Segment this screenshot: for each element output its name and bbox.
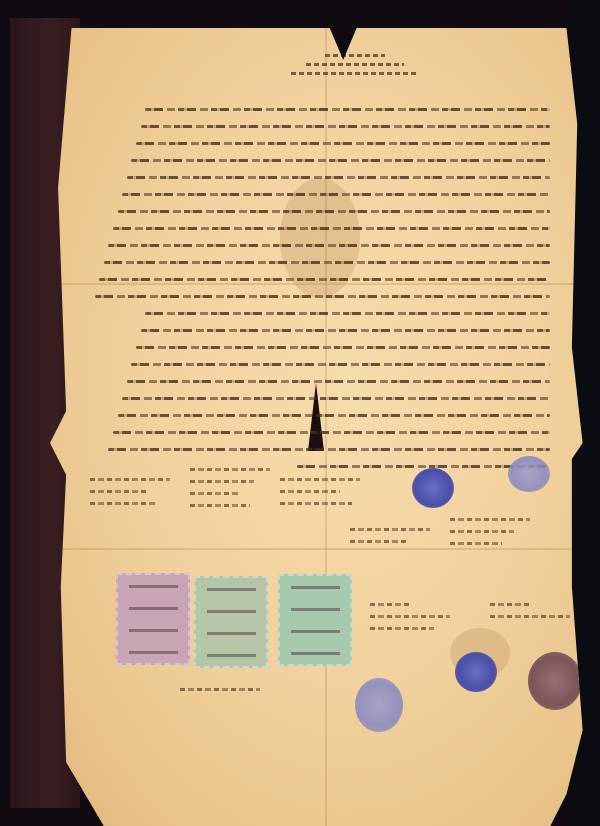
revenue-stamp-green [194,576,268,668]
ink-seal-pale-blue [355,678,403,732]
ink-seal-blue [455,652,497,692]
ink-seal-pale-blue [508,456,550,492]
ink-seal-blue [412,468,454,508]
signature-block [490,603,570,627]
handwritten-line [127,380,550,383]
handwritten-line [127,176,550,179]
handwritten-line [131,363,550,366]
signature-block [280,478,360,514]
signature-block [450,518,530,554]
handwritten-line [113,431,550,434]
handwritten-line [145,108,550,111]
signature-block [190,468,270,516]
handwritten-line [145,312,550,315]
revenue-stamp-green [278,574,352,666]
document-body-text [90,108,550,482]
handwritten-line [108,244,550,247]
handwritten-line [136,142,550,145]
handwritten-line [122,193,550,196]
document-paper: Photograph of an aged, torn, handwritten… [50,28,588,826]
handwritten-line [141,125,550,128]
signature-block [370,603,450,639]
handwritten-line [141,329,550,332]
signature-line [180,688,260,700]
signature-block [350,528,430,552]
handwritten-line [113,227,550,230]
revenue-stamp-violet [116,573,190,665]
handwritten-line [95,295,550,298]
handwritten-line [99,278,550,281]
handwritten-line [118,414,550,417]
handwritten-line [122,397,550,400]
handwritten-line [136,346,550,349]
signature-block [90,478,170,514]
document-header [280,48,430,81]
ink-seal-brown [528,652,582,710]
handwritten-line [108,448,550,451]
handwritten-line [131,159,550,162]
handwritten-line [104,261,550,264]
handwritten-line [118,210,550,213]
